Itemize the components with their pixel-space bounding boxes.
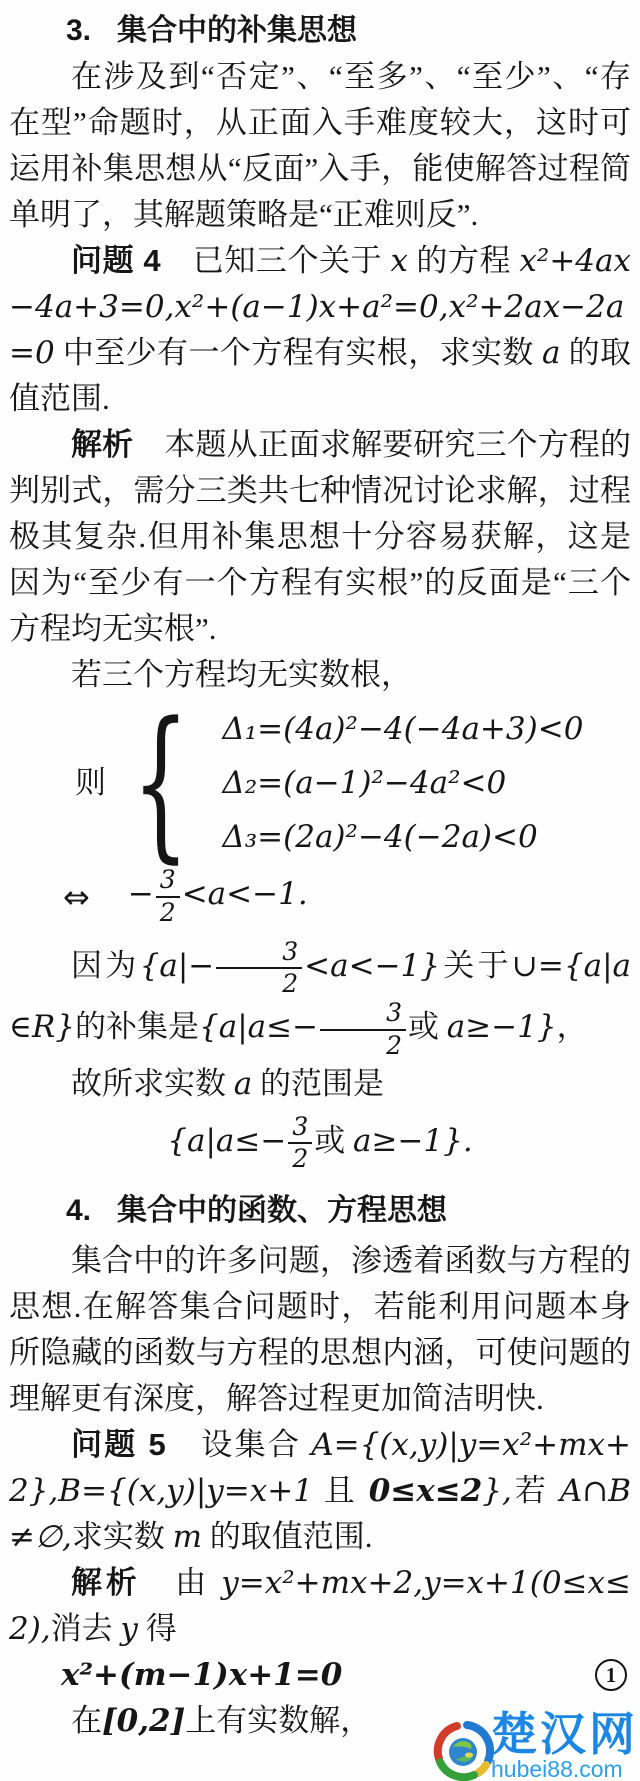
- answer-formula: {a|a≤−32或 a≥−1}.: [9, 1113, 631, 1175]
- math-segment: a: [234, 1066, 252, 1102]
- label-segment: 问题 4: [71, 243, 161, 278]
- math-segment: {a|−: [140, 947, 215, 983]
- section-4-heading: 4. 集合中的函数、方程思想: [66, 1188, 631, 1234]
- math-segment: },: [482, 1473, 512, 1509]
- text-segment: 若: [512, 1473, 560, 1508]
- text-segment: 的取值范围.: [202, 1519, 373, 1554]
- text-segment: 的补集是: [75, 1009, 199, 1044]
- text-segment: 得: [138, 1611, 177, 1646]
- equation-1-formula: x²+(m−1)x+1=0: [61, 1652, 342, 1698]
- text-segment: 且: [313, 1473, 369, 1508]
- condition-line: 若三个方程均无实数根，: [9, 652, 631, 698]
- section-4-number: 4.: [66, 1188, 91, 1234]
- hence-line: 故所求实数 a 的范围是: [9, 1061, 631, 1107]
- problem-4-paragraph: 问题 4 已知三个关于 x 的方程 x²+4ax−4a+3=0,x²+(a−1)…: [9, 238, 631, 422]
- fraction: 32: [216, 938, 302, 1000]
- equation-delta-2: Δ₂=(a−1)²−4a²<0: [222, 763, 583, 803]
- math-segment: [0,2]: [102, 1703, 185, 1739]
- numbered-equation-row: x²+(m−1)x+1=0 1: [9, 1652, 631, 1698]
- math-segment: y: [120, 1611, 138, 1647]
- text-segment: 上有实数解，: [185, 1703, 371, 1738]
- text-segment: 集合中的许多问题，渗透着函数与方程的思想.在解答集合问题时，若能利用问题本身所隐…: [9, 1243, 631, 1416]
- label-segment: 解析: [71, 427, 133, 462]
- section-3-intro-paragraph: 在涉及到“否定”、“至多”、“至少”、“存在型”命题时，从正面入手难度较大，这时…: [9, 54, 631, 238]
- text-segment: 因为: [71, 947, 140, 982]
- text-segment: 的范围是: [252, 1066, 384, 1101]
- fraction: 32: [320, 999, 406, 1061]
- equation-1-number: 1: [595, 1659, 627, 1691]
- math-segment: m: [173, 1519, 202, 1555]
- because-paragraph: 因为{a|−32<a<−1}关于∪={a|a∈R}的补集是{a|a≤−32或 a…: [9, 938, 631, 1061]
- double-arrow-icon: ⇔: [63, 874, 90, 920]
- text-segment: 的方程: [408, 243, 519, 278]
- site-name: 楚汉网: [491, 1711, 638, 1757]
- equation-delta-1: Δ₁=(4a)²−4(−4a+3)<0: [222, 709, 583, 749]
- fraction: 32: [288, 1113, 312, 1175]
- text-segment: 或: [408, 1009, 447, 1044]
- section-3-title: 集合中的补集思想: [117, 8, 357, 54]
- document-page: 3. 集合中的补集思想 在涉及到“否定”、“至多”、“至少”、“存在型”命题时，…: [0, 0, 640, 1781]
- label-segment: 解析: [71, 1565, 140, 1600]
- section-3-heading: 3. 集合中的补集思想: [66, 8, 631, 54]
- section-4-title: 集合中的函数、方程思想: [117, 1188, 447, 1234]
- math-segment: 0≤x≤2: [369, 1473, 483, 1509]
- watermark-text: 楚汉网 hubei88.com: [491, 1711, 638, 1781]
- text-segment: 在: [71, 1703, 102, 1738]
- analysis-5-paragraph: 解析 由 y=x²+mx+2,y=x+1(0≤x≤2),消去 y 得: [9, 1560, 631, 1652]
- math-segment: −: [128, 876, 154, 912]
- then-label: 则: [75, 760, 106, 806]
- text-segment: 或: [314, 1122, 353, 1157]
- math-segment: <a<−1}: [304, 947, 440, 983]
- text-segment: 求实数: [72, 1519, 173, 1554]
- math-segment: a: [542, 335, 560, 371]
- math-segment: x: [391, 243, 408, 279]
- left-brace: {: [132, 708, 189, 858]
- math-segment: a≥−1}.: [353, 1122, 473, 1158]
- math-segment: {a|a≤−: [199, 1009, 318, 1045]
- globe-swirl-icon: [431, 1719, 495, 1781]
- math-segment: {a|a≤−: [167, 1122, 286, 1158]
- text-segment: 设集合: [166, 1427, 311, 1462]
- text-segment: 由: [140, 1565, 221, 1600]
- analysis-4-paragraph: 解析 本题从正面求解要研究三个方程的判别式，需分三类共七种情况讨论求解，过程极其…: [9, 422, 631, 652]
- section-4-intro-paragraph: 集合中的许多问题，渗透着函数与方程的思想.在解答集合问题时，若能利用问题本身所隐…: [9, 1238, 631, 1422]
- text-segment: 若三个方程均无实数根，: [71, 657, 412, 692]
- site-url: hubei88.com: [491, 1758, 623, 1781]
- text-segment: 关于: [440, 947, 512, 982]
- system-equations: Δ₁=(4a)²−4(−4a+3)<0 Δ₂=(a−1)²−4a²<0 Δ₃=(…: [222, 709, 583, 857]
- text-segment: 已知三个关于: [161, 243, 391, 278]
- equation-delta-3: Δ₃=(2a)²−4(−2a)<0: [222, 817, 583, 857]
- equation-system: 则 { Δ₁=(4a)²−4(−4a+3)<0 Δ₂=(a−1)²−4a²<0 …: [75, 708, 631, 858]
- site-watermark: 楚汉网 hubei88.com: [431, 1711, 638, 1781]
- text-segment: 中至少有一个方程有实根，求实数: [55, 335, 542, 370]
- text-segment: 消去: [51, 1611, 121, 1646]
- text-segment: ，: [557, 1009, 588, 1044]
- math-segment: a≥−1}: [447, 1009, 557, 1045]
- text-segment: 故所求实数: [71, 1066, 234, 1101]
- section-3-number: 3.: [66, 8, 91, 54]
- label-segment: 问题 5: [71, 1427, 166, 1462]
- problem-5-paragraph: 问题 5 设集合 A={(x,y)|y=x²+mx+2},B={(x,y)|y=…: [9, 1422, 631, 1560]
- math-segment: <a<−1.: [182, 876, 308, 912]
- text-segment: 在涉及到“否定”、“至多”、“至少”、“存在型”命题时，从正面入手难度较大，这时…: [9, 59, 631, 232]
